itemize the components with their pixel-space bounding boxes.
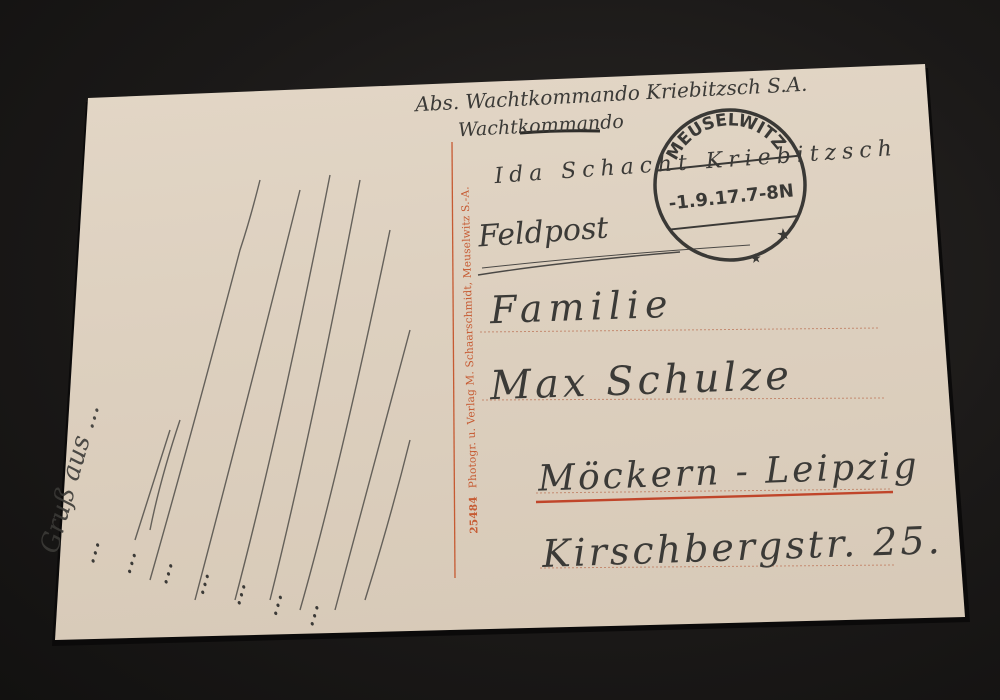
message-handwriting-strokes (0, 0, 1000, 700)
